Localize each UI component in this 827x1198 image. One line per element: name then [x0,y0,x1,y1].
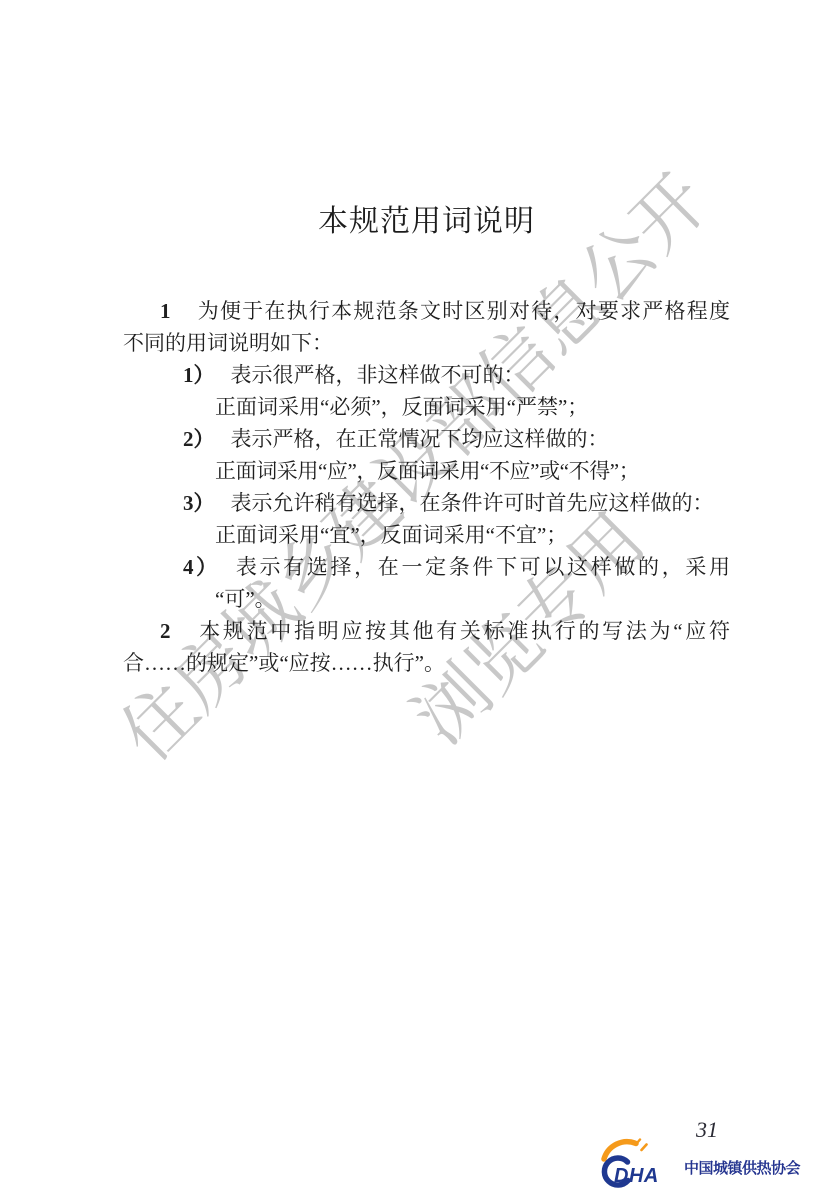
line-text: 表示允许稍有选择，在条件许可时首先应这样做的： [231,491,714,515]
list-number: 4） [183,555,220,579]
list-item-4-continuation: “可”。 [123,583,730,615]
line-text: 表示严格，在正常情况下均应这样做的： [231,427,609,451]
list-item-3-continuation: 正面词采用“宜”，反面词采用“不宜”； [123,519,730,551]
document-page: 住房城乡建设部信息公开 浏览专用 本规范用词说明 1为便于在执行本规范条文时区别… [0,0,827,1198]
body-text: 1为便于在执行本规范条文时区别对待，对要求严格程度 不同的用词说明如下： 1）表… [123,295,730,679]
list-number: 3） [183,491,215,515]
logo-acronym: DHA [614,1165,659,1187]
paragraph-1-line-2: 不同的用词说明如下： [123,327,730,359]
line-text: “可”。 [215,587,276,611]
list-item-3: 3）表示允许稍有选择，在条件许可时首先应这样做的： [123,487,730,519]
line-text: 不同的用词说明如下： [123,331,333,355]
paragraph-2-line-2: 合……的规定”或“应按……执行”。 [123,647,730,679]
logo-orange-tick-2 [637,1140,640,1144]
page-title: 本规范用词说明 [123,204,730,240]
line-text: 表示很严格，非这样做不可的： [231,363,525,387]
list-item-2: 2）表示严格，在正常情况下均应这样做的： [123,423,730,455]
list-item-1: 1）表示很严格，非这样做不可的： [123,359,730,391]
page-content: 本规范用词说明 1为便于在执行本规范条文时区别对待，对要求严格程度 不同的用词说… [0,0,827,1198]
paragraph-1-line-1: 1为便于在执行本规范条文时区别对待，对要求严格程度 [123,295,730,327]
list-item-2-continuation: 正面词采用“应”，反面词采用“不应”或“不得”； [123,455,730,487]
paragraph-2-line-1: 2本规范中指明应按其他有关标准执行的写法为“应符 [123,615,730,647]
line-text: 正面词采用“宜”，反面词采用“不宜”； [215,523,567,547]
logo-orange-tick-1 [642,1145,647,1151]
list-item-4: 4）表示有选择，在一定条件下可以这样做的，采用 [123,551,730,583]
line-text: 正面词采用“应”，反面词采用“不应”或“不得”； [215,459,639,483]
cdha-logo-icon: DHA [598,1138,683,1198]
line-text: 为便于在执行本规范条文时区别对待，对要求严格程度 [197,299,731,323]
list-item-1-continuation: 正面词采用“必须”，反面词采用“严禁”； [123,391,730,423]
clause-number: 2 [160,619,171,643]
clause-number: 1 [160,299,171,323]
list-number: 1） [183,363,215,387]
line-text: 正面词采用“必须”，反面词采用“严禁”； [215,395,588,419]
line-text: 表示有选择，在一定条件下可以这样做的，采用 [236,555,730,579]
list-number: 2） [183,427,215,451]
organization-name: 中国城镇供热协会 [684,1157,800,1178]
line-text: 本规范中指明应按其他有关标准执行的写法为“应符 [197,619,731,643]
line-text: 合……的规定”或“应按……执行”。 [123,651,445,675]
